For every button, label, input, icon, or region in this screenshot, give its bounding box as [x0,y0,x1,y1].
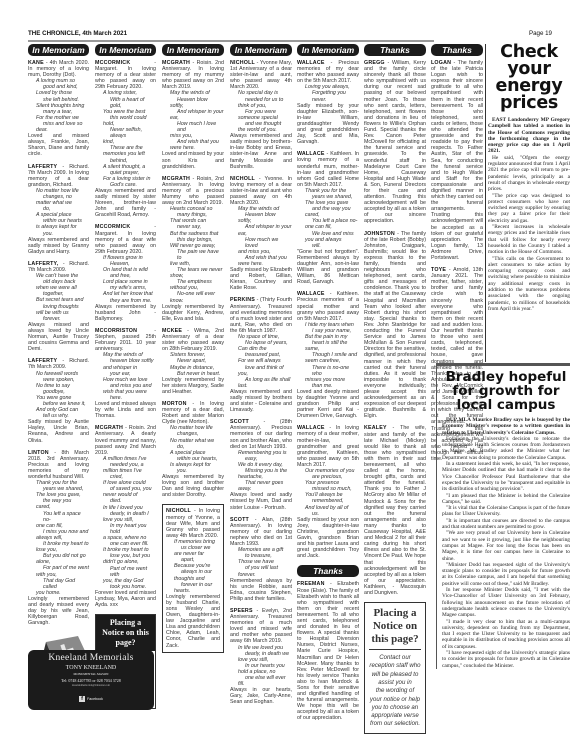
notice-signoff: Lovingly remembered by her sisters Margo… [162,377,224,395]
verse-line: In my heart you hold [103,523,156,535]
verse-line: That day God called [36,578,89,590]
notice-text: WALLACE - Kathleen. In loving memory of … [297,151,359,188]
notice-text: JOHNSTON - The family of the late Robert… [364,231,426,420]
notice-signoff: Sadly missed by Elizabeth and Robert, Gi… [230,267,292,291]
section-header-in-memoriam: In Memoriam [95,44,156,56]
verse-line: Remembering you is [238,450,292,456]
notice-signoff: Always remembered and sadly missed by Gr… [28,237,89,255]
bradley-headline: Bradley hopeful for growth for local cam… [442,370,570,412]
notice-entry: KANE - 4th March 2020. In memory of a lo… [28,60,89,158]
bradley-article: Bradley hopeful for growth for local cam… [436,363,570,669]
notice-entry: LAFFERTY - Richard. 7th March 2009. In l… [28,164,89,255]
kneeland-memorials-advert: Kneeland Memorials TONY KNEELAND MONUMEN… [28,650,154,710]
article-paragraph: In her response Minister Dodds said, "I … [442,587,570,618]
deceased-name: MCGRATH [162,176,190,182]
notice-signoff: Loved and missed always, Frankie, Joan, … [28,133,89,157]
facebook-icon: f [79,696,85,702]
notice-line: the wording of [369,687,421,695]
energy-lead: EAST Londonderry MP Gregory Campbell has… [488,117,570,155]
verse-line: In our hearts you [238,663,292,669]
deceased-name: KANE [28,60,44,66]
notice-entry: LINTON - 8th March 2018. 3rd Anniversary… [28,450,89,627]
verse-line: How much we loved [238,237,292,249]
notice-text: MCGRATH - Roisin, 2nd Anniversary. In lo… [162,176,224,206]
notice-entry: MCGRATH - Roisin. 2nd Anniversary. In lo… [162,60,224,170]
notice-entry: WALLACE - Kathleen. Precious memories of… [297,291,359,419]
notice-text: PERKINS - (Thirty Fourth Anniversary). T… [230,297,292,334]
verse: Memories are a giftto treasure,Those we … [230,547,292,577]
notice-line: assist you in [369,679,421,687]
deceased-name: MCCORRISTON [95,328,137,334]
section-header-in-memoriam: In Memoriam [297,44,359,56]
verse: We can't have theold days backwhen we we… [28,273,89,322]
advert-role: MONUMENTAL MASON [28,672,154,676]
deceased-name: NICHOLL [230,176,255,182]
deceased-name: SPEERS [230,608,253,614]
notice-entry: LOGAN - The family of the late Patricia … [431,60,483,261]
verse: No matter how lifechanges, nomatter what… [28,188,89,237]
column-6: Thanks GREGG - William, Kerry and the fa… [364,44,426,734]
verse-line: one else will ever [238,675,292,681]
verse: Sisters forever,Never apart,Maybe in dis… [162,352,224,376]
verse: If flowers grow inHeaven,On land that is… [95,255,156,304]
deceased-name: WALLACE [297,60,325,66]
notice-text: LAFFERTY, - Richard. 7th March 2009. [28,261,89,273]
verse-line: dearly, in death I [103,511,156,517]
deceased-name: MCCORMICK [95,224,130,230]
notice-text: MCCORMICK - Margaret. In loving memory o… [95,224,156,254]
verse-line: Silent thoughts bring [36,103,89,109]
entries: GREGG - William, Kerry and the family ci… [364,60,426,596]
verse-line: With a heart of gold, [103,97,156,109]
notice-entry: SCOTT - (28th Anniversary). Precious mem… [230,419,292,510]
bradley-paragraphs: Following the University's decision to r… [442,436,570,669]
notice-signoff: Lovingly remembered by daughter Kerry, A… [162,304,224,322]
deceased-name: SCOTT [230,419,249,425]
notice-text: MCKEE - Wilma, 2nd Anniversary of a dear… [162,328,224,352]
verse: May the winds ofheaven blow softlyand wh… [95,352,156,401]
notice-line: Contact our [369,654,421,662]
notice-text: MORTON - In loving memory of a dear dad,… [162,401,224,425]
deceased-name: PERKINS [230,297,255,303]
verse: Thank you for theyears we shared,The lov… [297,188,359,249]
bradley-body: DUP MLA Maurice Bradley says he is buoye… [442,417,570,669]
notice-entry: LAFFERTY - Richard. 7th March 2009.No fa… [28,358,89,443]
column-divider [485,44,486,362]
section-header-in-memoriam: In Memoriam [162,44,224,56]
notice-text: MCCORRISTON - Stephen, passed 25th Febru… [95,328,156,352]
publication-dateline: THE CHRONICLE, 4th March 2021 [28,30,127,37]
notice-signoff: Always in our hearts, Gary, Jake, Carly-… [230,687,292,705]
column-5: In Memoriam WALLACE - Precious memories … [297,44,359,728]
verse-line: But the sadness that [170,231,224,237]
deceased-name: JOHNSTON [364,231,395,237]
notice-text: KEALEY - The wife, sister and family of … [364,425,426,596]
verse-line: We love and miss [305,231,359,237]
notice-entry: NICHOLL - Yvonne Mary, 1st Anniversary o… [230,60,292,170]
notice-entry: MCKEE - Wilma, 2nd Anniversary of a dear… [162,328,224,395]
section-header-in-memoriam: In Memoriam [230,44,292,56]
article-paragraph: "I have requested sight of the Universit… [442,650,570,669]
notice-signoff: Forever loved and missed Lyndsay, Mya, A… [95,590,156,608]
verse-line: But never in heart. [170,371,224,377]
deceased-name: LINTON [28,450,49,456]
notice-text: SPEERS - Evelyn, 2nd Anniversary. Treasu… [230,608,292,645]
notice-entry: MCGRATH - Roisin, 2nd Anniversary. In lo… [162,176,224,322]
notice-signoff: Always remembered and sadly missed by br… [230,389,292,413]
verse-line: they are from me. [103,298,156,304]
deceased-name: LAFFERTY [28,164,57,170]
article-paragraph: "It is important that courses are direct… [442,518,570,531]
section-header-thanks: Thanks [431,44,483,56]
article-paragraph: "I am pleased that the Minister is behin… [442,493,570,506]
deceased-name: MCKEE [162,328,182,334]
column-4: In Memoriam NICHOLL - Yvonne Mary, 1st A… [230,44,292,711]
verse: May the winds ofHeaven blowsoftly,And wh… [162,90,224,151]
notice-signoff: Remembered always by his uncle Robbie, a… [230,578,292,602]
notice-entry: NICHOLL - Yvonne. In loving memory of a … [230,176,292,292]
verse-line: There is no-one who [305,365,359,377]
notice-text: LAFFERTY - Richard. 7th March 2009. [28,358,89,370]
verse: A million times I'veneeded you, amillion… [95,456,156,590]
verse: Thank you for theyears we shared,The lov… [28,480,89,596]
verse: Our memories of youare precious,Your pre… [297,468,359,517]
verse: Hearts conceal somany things,That words … [162,206,224,304]
notice-text: NICHOLL - In loving memory of Yvonne, a … [166,508,220,538]
verse: I hide my tears whenI say your name,But … [297,322,359,389]
advert-person: TONY KNEELAND [28,665,154,671]
notice-entry: PERKINS - (Thirty Fourth Anniversary). T… [230,297,292,413]
verse-line: Part of me went with [103,566,156,578]
notice-line: you to choose an [369,704,421,712]
notice-entry: KEALEY - The wife, sister and family of … [364,425,426,596]
notice-text: WALLACE - Kathleen. Precious memories of… [297,291,359,321]
notice-entry: MCGRATH - Roisin. 2nd Anniversary. A dea… [95,425,156,608]
deceased-name: FREEMAN [297,581,325,587]
notice-text: GREGG - William, Kerry and the family ci… [364,60,426,225]
notice-line: appropriate verse [369,712,421,720]
verse-line: The pain we have to [170,249,224,261]
verse: A loving mum sogood and kind,Loved by th… [28,78,89,133]
notice-line: your notice or help [369,696,421,704]
section-header-thanks: Thanks [297,565,359,577]
deceased-name: WALLACE [297,291,325,297]
notice-entry: WALLACE - Precious memories of my dear m… [297,60,359,145]
deceased-name: LAFFERTY, [28,261,58,267]
bradley-lead: DUP MLA Maurice Bradley says he is buoye… [442,417,570,436]
column-2: In Memoriam MCCORMICK - Margaret. In lov… [95,44,156,709]
verse-line: heaven blow softly [103,358,156,364]
entries: NICHOLL - Yvonne Mary, 1st Anniversary o… [230,60,292,705]
article-paragraph: "We are very proud of our University her… [442,530,570,561]
article-paragraph: "It is vital that the Coleraine Campus i… [442,505,570,518]
verse-line: For part of me went [36,565,89,571]
entries: MCCORMICK - Margaret. In loving memory o… [95,60,156,608]
verse-line: Forgetting you never. [305,90,359,102]
verse: If memories bringus closer weare never f… [166,539,220,594]
verse: No farewell wordswere spoken,No time to … [28,371,89,420]
notice-text: LAFFERTY - Richard. 7th March 2009. In l… [28,164,89,188]
energy-headline: Check your energy prices [488,44,570,112]
section-header-thanks: Thanks [364,44,426,56]
thanks-entries: FREEMAN - Elizabeth Rose (Elsie). The fa… [297,581,359,721]
entries: WALLACE - Precious memories of my dear m… [297,60,359,559]
column-1: In Memoriam KANE - 4th March 2020. In me… [28,44,89,684]
notice-entry: MORTON - In loving memory of a dear dad,… [162,401,224,499]
verse: A loving sister,With a heart of gold,You… [95,90,156,188]
verse-line: But secret tears and [36,297,89,303]
facebook-label: Facebook [87,697,103,701]
notice-entry: SCOTT - Alan, (28th Anniversary). In lov… [230,517,292,602]
deceased-name: GREGG [364,60,385,66]
advert-phone: Tel: 0748 4207785 or 028 7034 3728 [28,678,154,683]
notice-line: reception staff who [369,662,421,670]
notice-signoff: Sadly missed by your daughter Elizabeth,… [297,103,359,146]
article-paragraph: "The price cap was designed to protect c… [488,193,570,224]
notice-text: LOGAN - The family of the late Patricia … [431,60,483,261]
deceased-name: WALLACE [297,151,325,157]
notice-signoff: Always remembered and sadly missed by br… [230,133,292,170]
deceased-name: LAFFERTY [28,358,57,364]
notice-signoff: Always remembered by husband John - Ball… [95,304,156,322]
column-3: In Memoriam MCGRATH - Roisin. 2nd Annive… [162,44,224,659]
notice-signoff: Always remembered and sadly missed by si… [95,188,156,218]
article-paragraph: "This calls on the Government to alert c… [488,256,570,313]
advert-company: Kneeland Memorials [28,653,154,663]
notice-signoff: Sadly missed by Auntie Hayley, Uncle Bri… [28,419,89,443]
verse-line: For a loving sister in [103,176,156,182]
notice-body: Contact ourreception staff whowill be pl… [369,650,421,729]
notice-signoff: Always missed and always loved by Uncle … [28,322,89,352]
notice-entry: MCCORMICK - Margaret. In loving memory o… [95,60,156,218]
deceased-name: MCGRATH [95,425,123,431]
entries: MCGRATH - Roisin. 2nd Anniversary. In lo… [162,60,224,653]
article-paragraph: Following the University's decision to r… [442,436,570,461]
article-paragraph: In a statement issued this week, he said… [442,461,570,492]
notice-entry: JOHNSTON - The family of the late Robert… [364,231,426,420]
notice-line: from our selection. [369,720,421,728]
verse: No space of time,No lapse of years,Can d… [230,334,292,389]
notice-entry: FREEMAN - Elizabeth Rose (Elsie). The fa… [297,581,359,721]
energy-article: Check your energy prices EAST Londonderr… [488,44,570,312]
notice-entry: NICHOLL - In loving memory of Yvonne, a … [162,504,224,652]
notice-entry: GREGG - William, Kerry and the family ci… [364,60,426,225]
deceased-name: NICHOLL [166,508,191,514]
article-paragraph: He said, "Ofgem the energy regulator ann… [488,155,570,193]
deceased-name: MCCORMICK [95,60,130,66]
verse: No special day isneeded for us tothink o… [230,90,292,133]
notice-text: LINTON - 8th March 2018. 3rd Anniversary… [28,450,89,480]
verse-line: You left a space no- [36,511,89,523]
deceased-name: KEALEY [364,425,387,431]
notice-text: SCOTT - (28th Anniversary). Precious mem… [230,419,292,449]
page-number: Page 19 [529,30,552,37]
notice-title: Placing a Notice on this page? [96,615,155,651]
notice-text: SCOTT - Alan, (28th Anniversary). In lov… [230,517,292,547]
notice-entry: LAFFERTY, - Richard. 7th March 2009.We c… [28,261,89,352]
notice-text: NICHOLL - Yvonne. In loving memory of a … [230,176,292,206]
header-rule [28,40,434,42]
notice-line: will be pleased to [369,671,421,679]
verse-line: Never selfish, always [103,127,156,139]
energy-paragraphs: He said, "Ofgem the energy regulator ann… [488,155,570,312]
deceased-name: MORTON [162,401,187,407]
article-paragraph: "Minister Dodd has requested sight of th… [442,562,570,587]
verse-line: And whisper in your [170,109,224,115]
notice-text: MCGRATH - Roisin. 2nd Anniversary. In lo… [162,60,224,90]
notice-signoff: Loved and deeply missed by daughter Yvon… [297,389,359,419]
deceased-name: SCOTT [230,517,249,523]
notice-entry: WALLACE - In loving memory of a dear mot… [297,425,359,559]
verse-line: How much I love and [170,121,224,133]
verse: May the winds odHeaven blowsoftly,And wh… [230,206,292,267]
notice-signoff: Lovingly remembered by husband Charlie, … [166,594,220,649]
notice-text: MCGRATH - Roisin. 2nd Anniversary. A dea… [95,425,156,455]
article-paragraph: "I made it very clear to him that as a m… [442,619,570,650]
verse-line: within our hearts, [170,456,224,462]
notice-signoff: Lovingly remembered and dearly missed ev… [28,596,89,626]
section-header-in-memoriam: In Memoriam [28,44,89,56]
verse: Loving you always,Forgetting you never. [297,84,359,102]
facebook-link[interactable]: f Facebook [79,696,103,702]
verse-line: dearly, in death we [238,651,292,657]
deceased-name: WALLACE [297,425,325,431]
notice-signoff: Loved and missed always by wife Linda an… [95,401,156,419]
notice-text: WALLACE - In loving memory of a dear mot… [297,425,359,468]
notice-text: NICHOLL - Yvonne Mary, 1st Anniversary o… [230,60,292,90]
notice-entry: SPEERS - Evelyn, 2nd Anniversary. Treasu… [230,608,292,706]
advert-email: kneelandmemorials@btinternet.com [28,684,154,687]
verse-line: As long as life shall [238,377,292,383]
placing-notice-box-large: Placing a Notice on this page? Contact o… [364,602,426,734]
verse-line: And whisper in your [238,224,292,230]
notice-signoff: Loved and missed by your son Kris and gr… [162,151,224,169]
verse: Remembering you iseasy,We do it every da… [230,450,292,493]
deceased-name: LOGAN [431,60,451,66]
masthead: THE CHRONICLE, 4th March 2021 Page 19 [28,30,552,40]
notice-text: KANE - 4th March 2020. In memory of a lo… [28,60,89,78]
notice-entry: WALLACE - Kathleen. In loving memory of … [297,151,359,285]
notice-entry: MCCORMICK - Margaret. In loving memory o… [95,224,156,322]
notice-entry: MCCORRISTON - Stephen, passed 25th Febru… [95,328,156,419]
deceased-name: NICHOLL [230,60,255,66]
verse: No matter how lifechanges,No matter what… [162,425,224,474]
verse: In life we loved youdearly, in death wel… [230,645,292,688]
notice-signoff: "Gone but not forgotten". Remembered alw… [297,249,359,286]
verse-line: and miss you and [103,383,156,389]
notice-signoff: Always loved and sadly missed by Mum, Da… [230,492,292,510]
notice-text: FREEMAN - Elizabeth Rose (Elsie). The fa… [297,581,359,721]
notice-signoff: Always remembered by loving son and brot… [162,474,224,498]
article-paragraph: "Recent increases in wholesale energy pr… [488,224,570,255]
notice-signoff: Sadly missed by your son Joey, daughter-… [297,517,359,560]
deceased-name: MCGRATH [162,60,190,66]
energy-body: EAST Londonderry MP Gregory Campbell has… [488,117,570,312]
notice-title: Placing a Notice on this page? [369,607,421,650]
deceased-name: TOYE [431,267,446,273]
notice-text: WALLACE - Precious memories of my dear m… [297,60,359,84]
verse-line: And let her know that [103,291,156,297]
verse-line: love and think of [238,365,292,371]
notice-text: MCCORMICK - Margaret. In loving memory o… [95,60,156,90]
entries: KANE - 4th March 2020. In memory of a lo… [28,60,89,626]
